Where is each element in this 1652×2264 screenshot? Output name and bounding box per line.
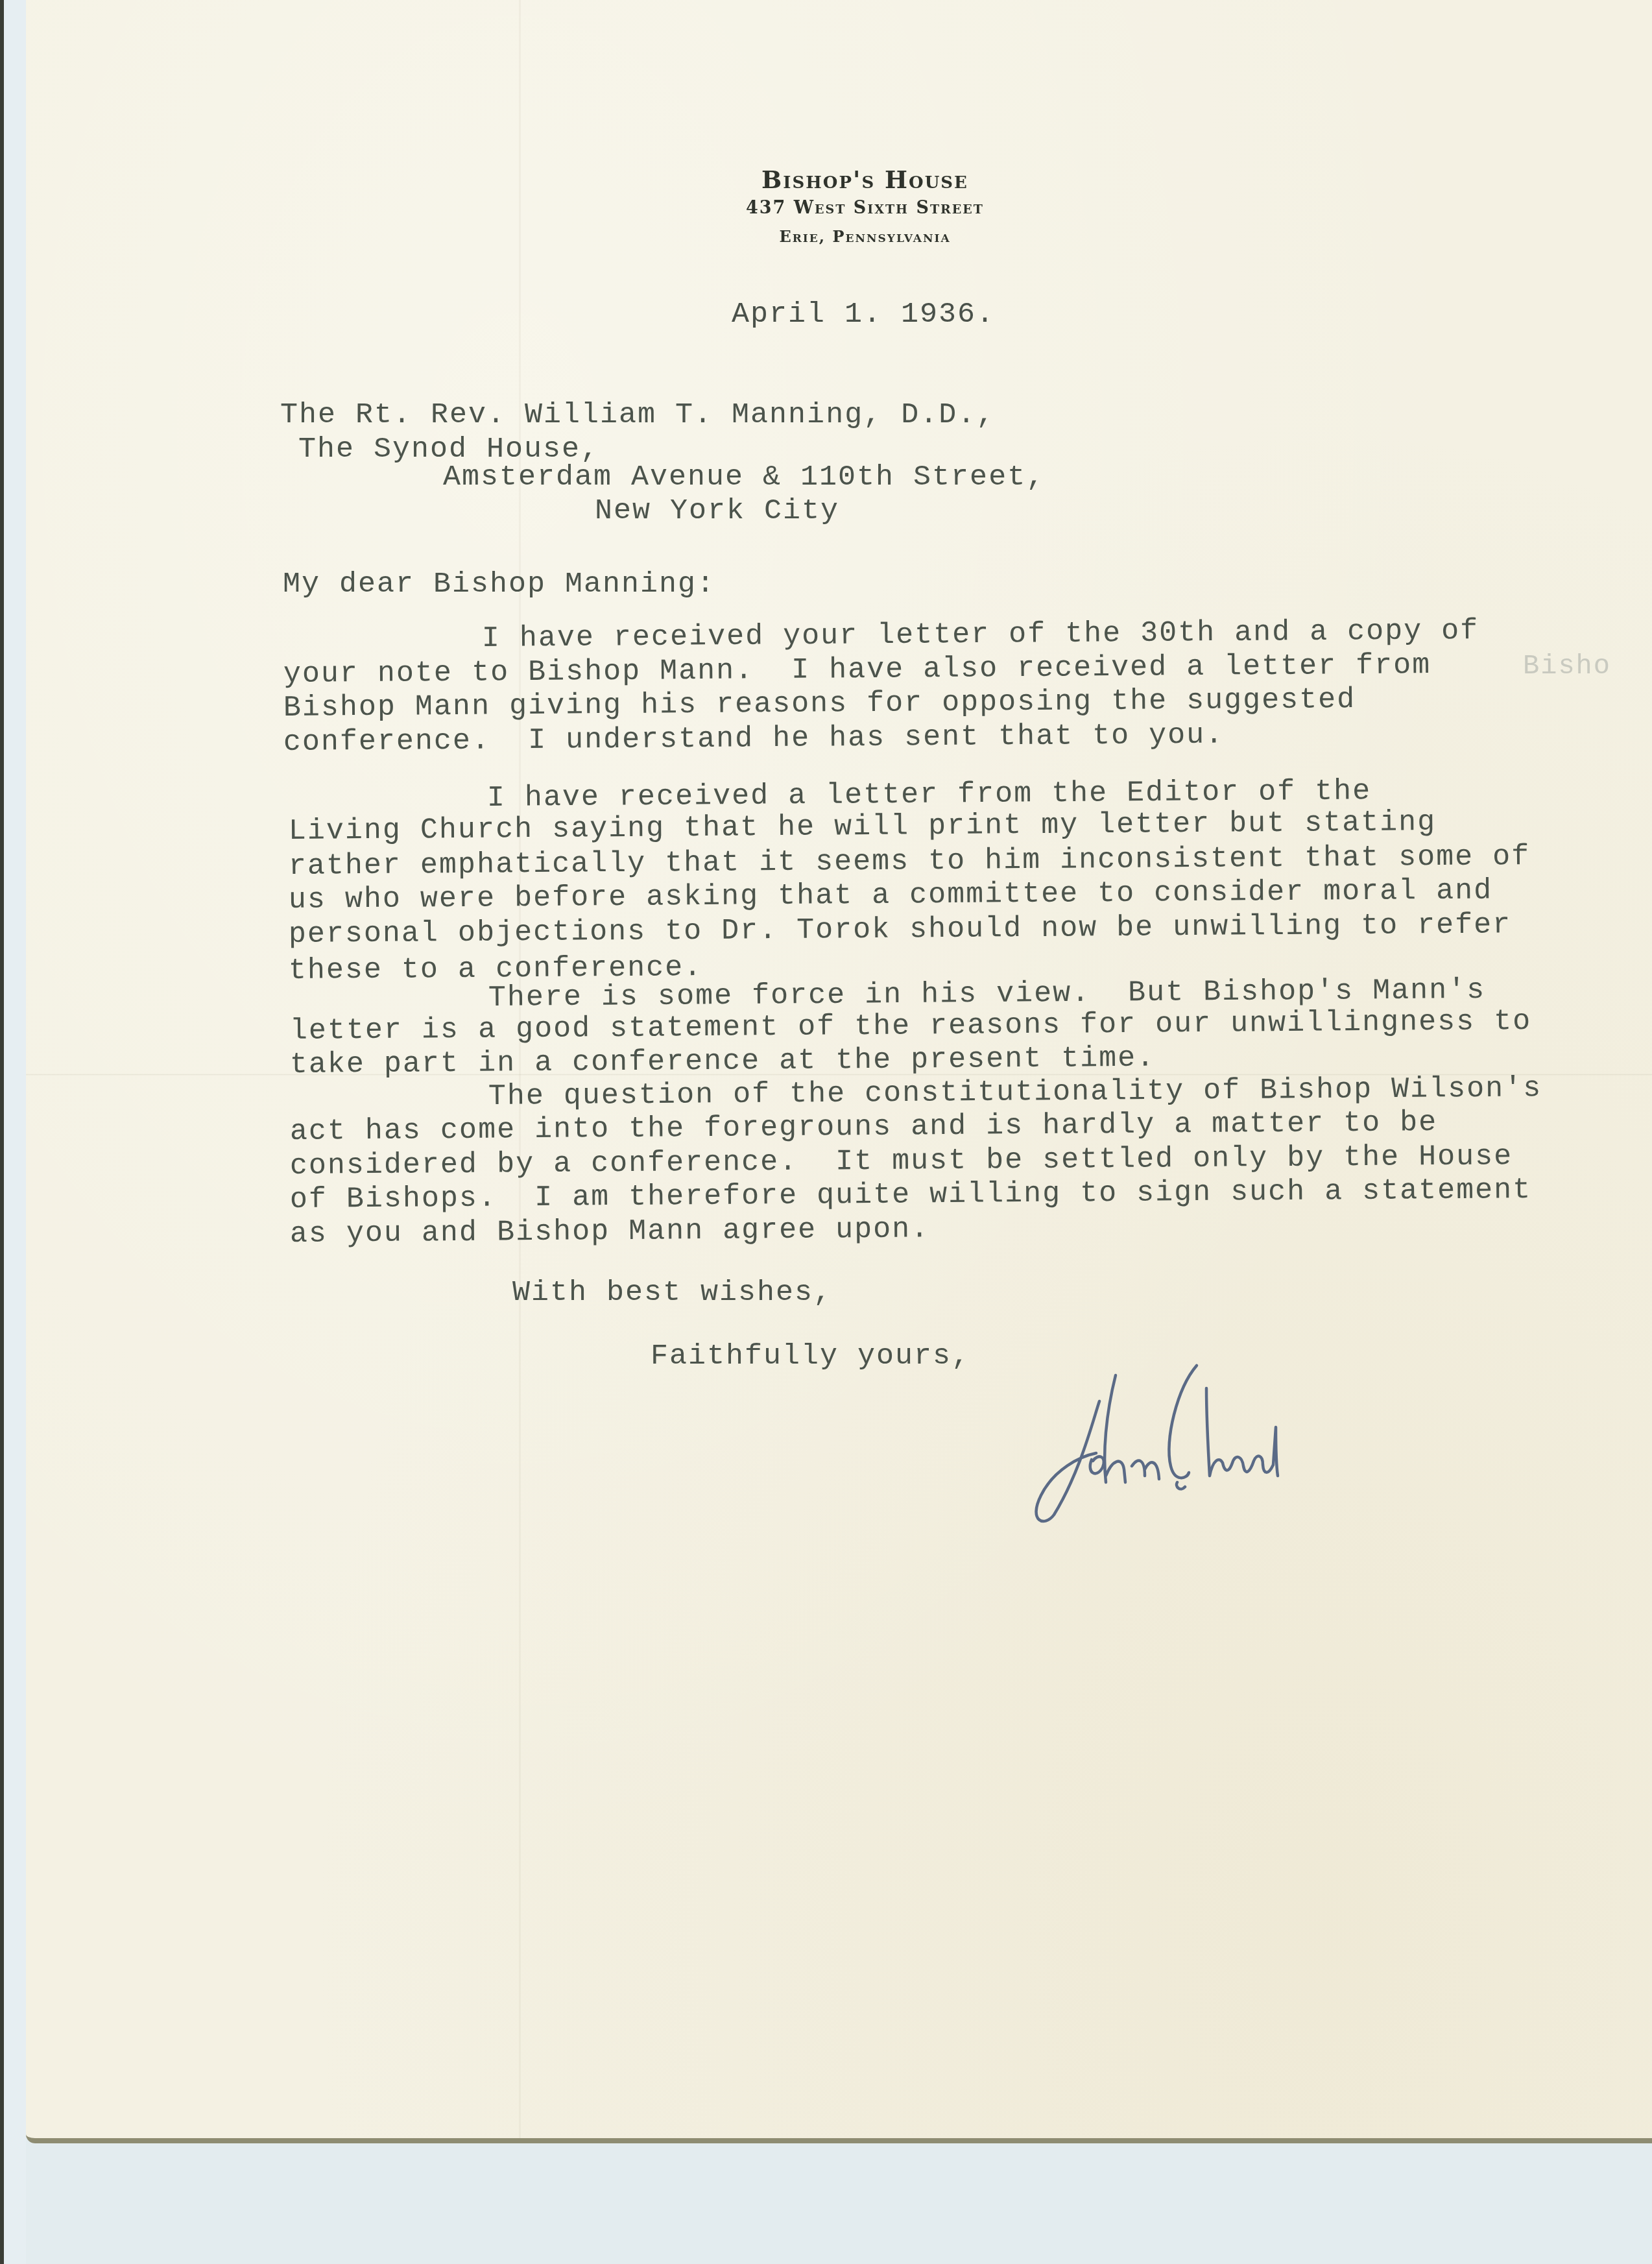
- closing-wishes: With best wishes,: [512, 1278, 832, 1307]
- body-line: Living Church saying that he will print …: [289, 808, 1437, 846]
- salutation: My dear Bishop Manning:: [283, 570, 715, 599]
- recipient-address-line: New York City: [595, 496, 839, 525]
- recipient-address-line: The Synod House,: [298, 435, 599, 464]
- body-line: Bishop Mann giving his reasons for oppos…: [283, 685, 1356, 723]
- body-line: your note to Bishop Mann. I have also re…: [283, 651, 1431, 689]
- letterhead-city: Erie, Pennsylvania: [39, 227, 1652, 246]
- recipient-address-line: Amsterdam Avenue & 110th Street,: [443, 463, 1045, 492]
- letterhead-street: 437 West Sixth Street: [39, 198, 1652, 218]
- recipient-name: The Rt. Rev. William T. Manning, D.D.,: [280, 400, 995, 429]
- body-line: conference. I understand he has sent tha…: [283, 721, 1225, 757]
- scanner-background: [4, 0, 26, 2264]
- handwritten-signature: [983, 1349, 1372, 1531]
- letterhead-name: Bishop's House: [39, 165, 1652, 194]
- letter-date: April 1. 1936.: [732, 300, 995, 329]
- faint-erased-text: Bisho: [1523, 651, 1611, 682]
- body-line: act has come into the foregrouns and is …: [290, 1108, 1438, 1146]
- signature-icon: [983, 1349, 1372, 1531]
- body-line: I have received your letter of the 30th …: [482, 616, 1479, 653]
- valediction: Faithfully yours,: [651, 1342, 970, 1371]
- body-line: take part in a conference at the present…: [290, 1044, 1156, 1079]
- body-line: The question of the constitutionality of…: [488, 1074, 1542, 1111]
- body-line: as you and Bishop Mann agree upon.: [290, 1214, 929, 1249]
